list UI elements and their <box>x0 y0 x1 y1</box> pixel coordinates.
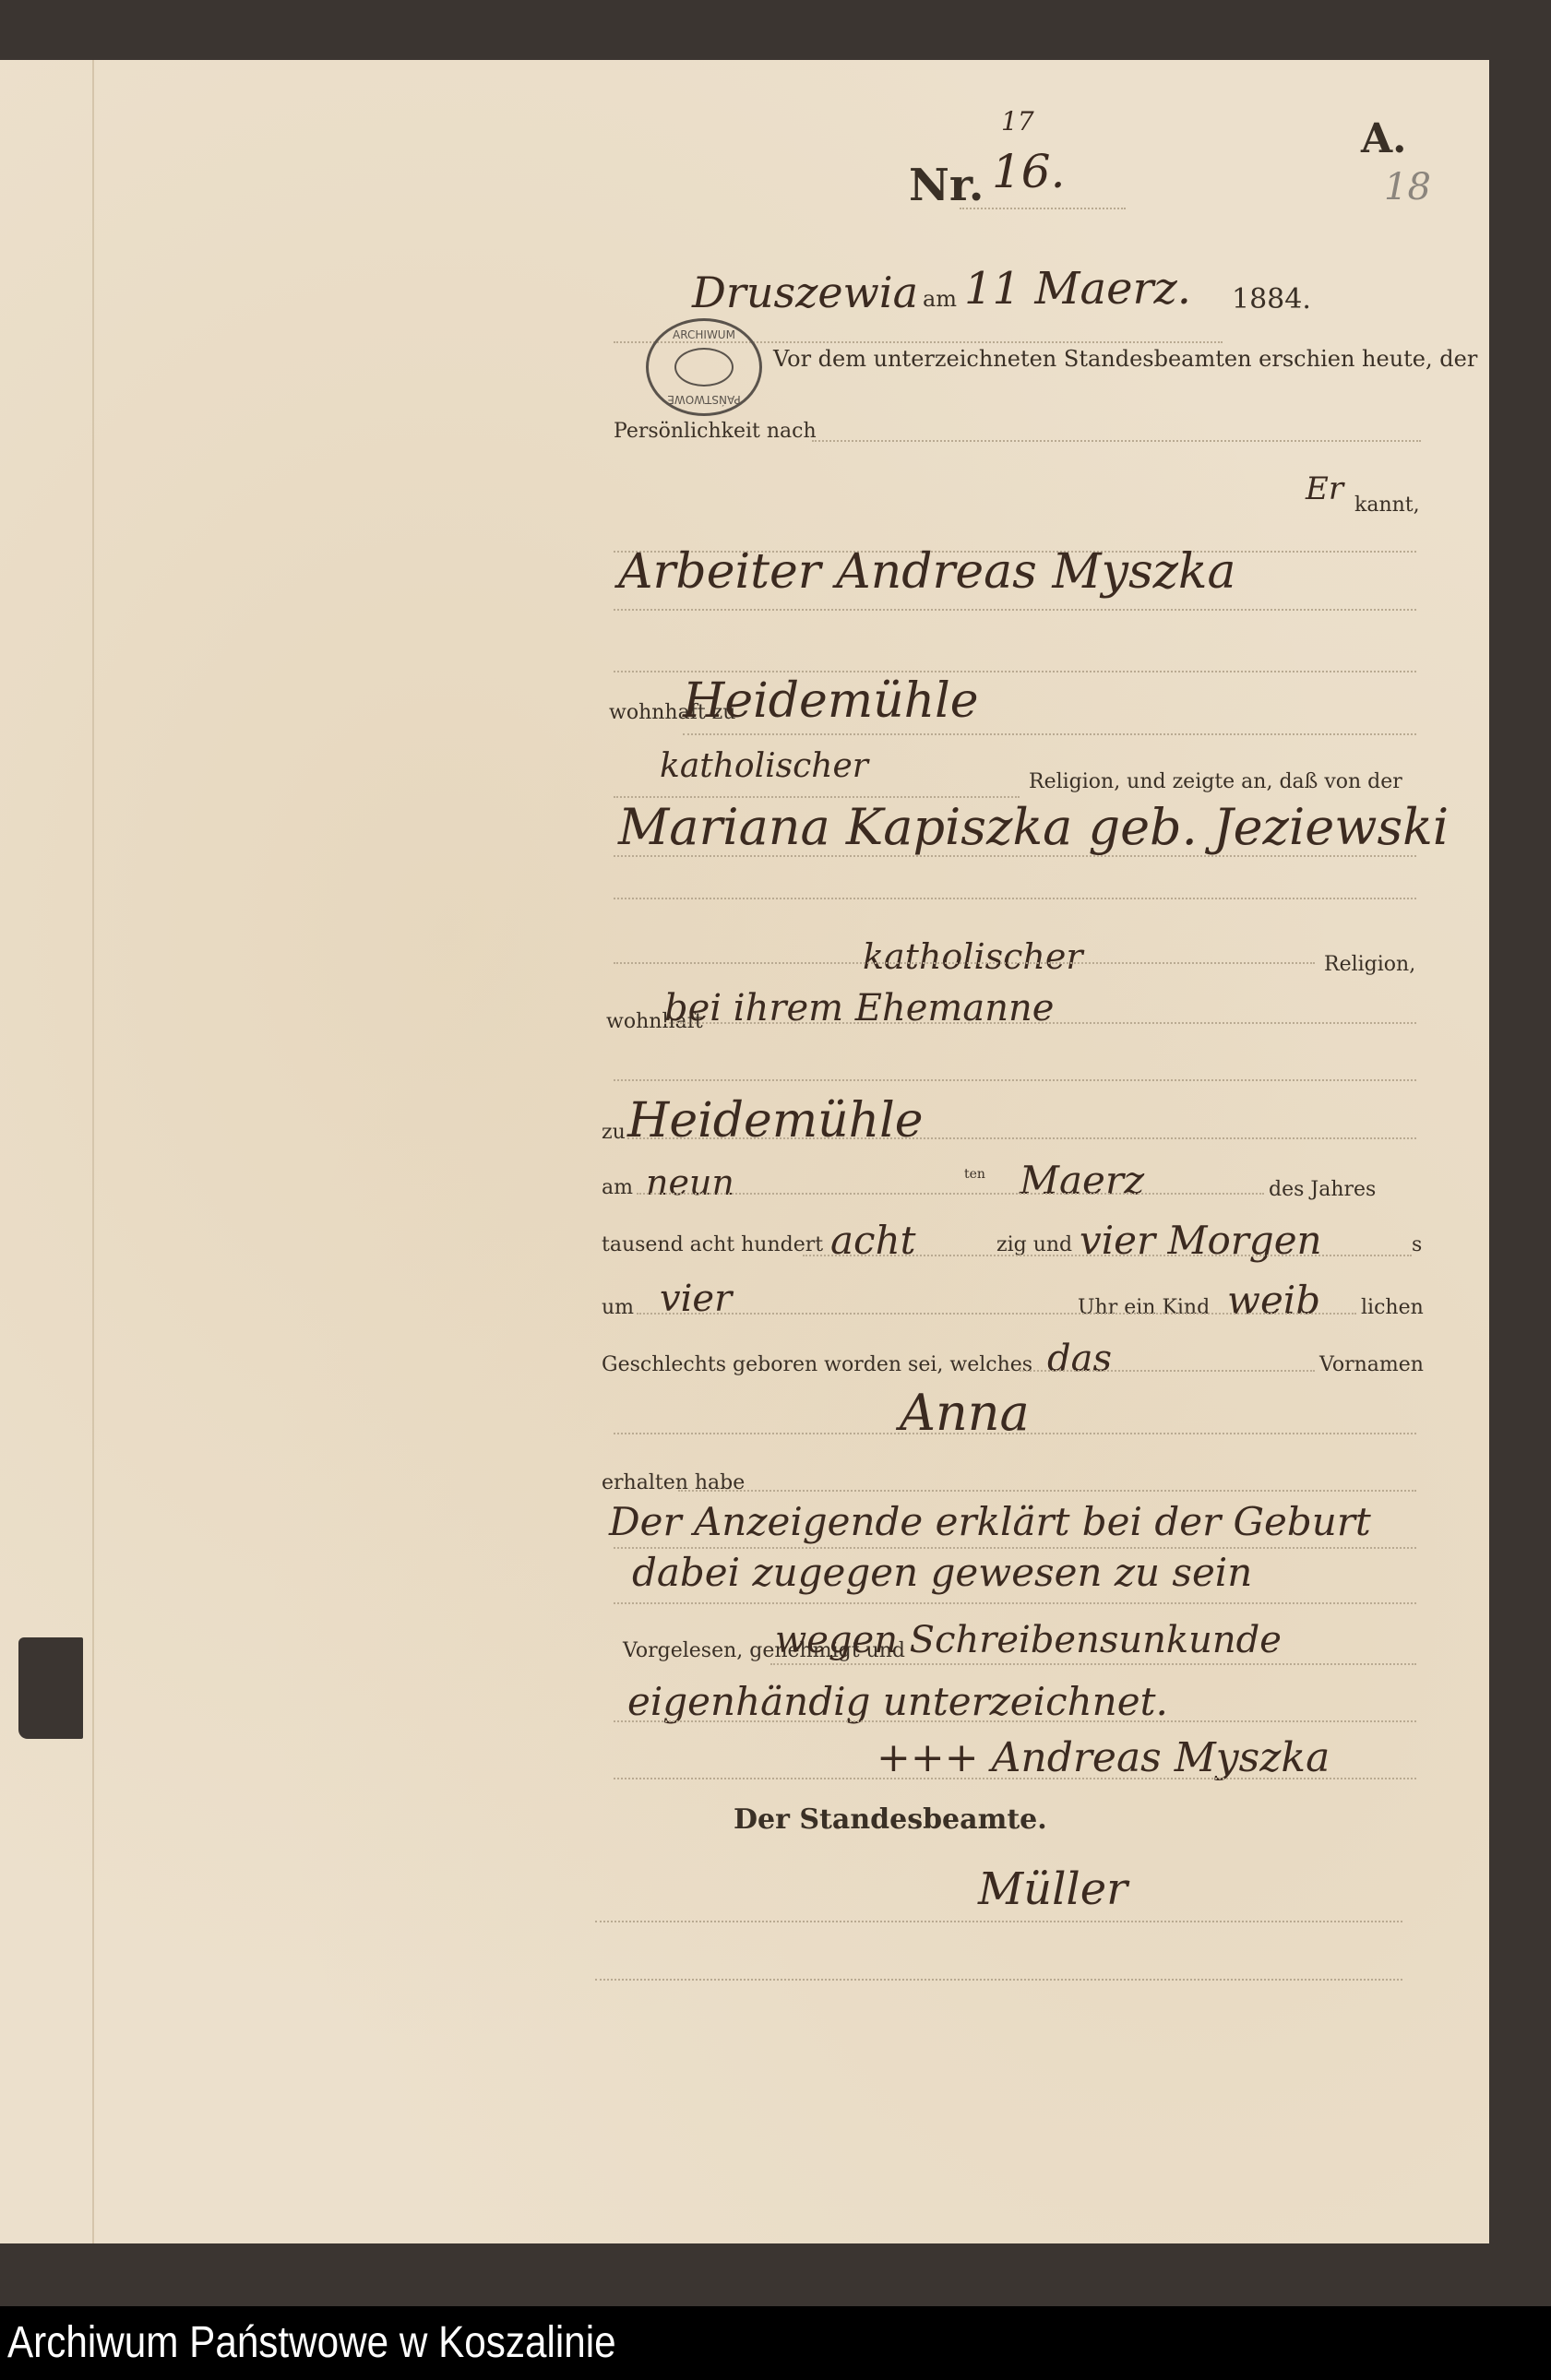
date-connector: am <box>923 286 957 312</box>
line-19 <box>614 1547 1416 1549</box>
line-7 <box>614 855 1416 857</box>
line-25 <box>595 1979 1402 1981</box>
religion1-label: Religion, und zeigte an, daß von der <box>1029 770 1402 793</box>
line-8 <box>614 898 1416 899</box>
intro-text: Vor dem unterzeichneten Standesbeamten e… <box>773 346 1477 372</box>
am-label: am <box>602 1176 633 1199</box>
archive-stamp: ARCHIWUM PAŃSTWOWE <box>646 318 762 416</box>
persoenlichkeit-label: Persönlichkeit nach <box>614 420 817 443</box>
birth-day: neun <box>646 1162 734 1203</box>
ten-label: ten <box>964 1167 985 1182</box>
zig-und-label: zig und <box>996 1233 1072 1256</box>
der-die: das <box>1047 1338 1112 1380</box>
geschlecht-label: Geschlechts geboren worden sei, welches <box>602 1353 1032 1376</box>
line-11 <box>614 1079 1416 1081</box>
archive-page-number: 18 <box>1384 166 1431 208</box>
date-handwritten: 11 Maerz. <box>964 263 1191 315</box>
archive-caption: Archiwum Państwowe w Koszalinie <box>7 2317 616 2368</box>
birth-certificate-form: A. 18 Nr. 16. 17 Druszewia am 11 Maerz. … <box>0 60 1489 2243</box>
mother-name: Mariana Kapiszka geb. Jeziewski <box>618 798 1449 856</box>
um-label: um <box>602 1296 634 1319</box>
remark-line-2: dabei zugegen gewesen zu sein <box>632 1550 1252 1595</box>
record-number-label: Nr. <box>909 160 984 211</box>
line-3 <box>614 609 1416 611</box>
stamp-inner-oval <box>674 348 734 387</box>
line-18 <box>678 1490 1416 1492</box>
zu-label: zu <box>602 1121 626 1144</box>
line-16 <box>1020 1370 1315 1372</box>
registrar-label: Der Standesbeamte. <box>734 1803 1047 1836</box>
line-22 <box>614 1720 1416 1722</box>
document-page: A. 18 Nr. 16. 17 Druszewia am 11 Maerz. … <box>0 60 1489 2243</box>
record-number-corrected: 17 <box>1001 106 1034 137</box>
religion2-label: Religion, <box>1324 953 1415 976</box>
line-17 <box>614 1433 1416 1434</box>
line-23 <box>614 1778 1416 1779</box>
informant-name: Arbeiter Andreas Myszka <box>618 544 1236 600</box>
vorgelesen-value: wegen Schreibensunkunde <box>775 1619 1282 1661</box>
line-21 <box>770 1663 1416 1665</box>
line-1 <box>812 440 1421 442</box>
kannt-label: kannt, <box>1354 494 1420 517</box>
line-12 <box>627 1137 1416 1139</box>
line-24 <box>595 1921 1402 1922</box>
line-9 <box>614 962 1315 964</box>
line-13 <box>637 1193 1264 1195</box>
religion2-value: katholischer <box>863 936 1083 977</box>
place: Druszewia <box>692 268 918 317</box>
signed-line: eigenhändig unterzeichnet. <box>627 1679 1168 1724</box>
residence: Heidemühle <box>683 673 979 729</box>
remark-line-1: Der Anzeigende erklärt bei der Geburt <box>609 1499 1371 1544</box>
uhr-label: Uhr ein Kind <box>1078 1296 1210 1319</box>
des-jahres-label: des Jahres <box>1269 1178 1376 1201</box>
archive-caption-bar: Archiwum Państwowe w Koszalinie <box>0 2306 1551 2380</box>
stamp-top-text: ARCHIWUM <box>649 328 759 341</box>
registrar-signature: Müller <box>978 1863 1127 1915</box>
birth-place: Heidemühle <box>627 1093 924 1148</box>
kannt-prefix: Er <box>1306 470 1343 507</box>
line-20 <box>614 1602 1416 1604</box>
tausend-label: tausend acht hundert <box>602 1233 823 1256</box>
birth-month: Maerz <box>1020 1158 1144 1203</box>
informant-signature: +++ Andreas Myszka <box>877 1734 1330 1781</box>
line-4 <box>614 671 1416 672</box>
lichen-label: lichen <box>1361 1296 1424 1319</box>
religion1-value: katholischer <box>660 747 868 785</box>
line-14 <box>803 1255 1412 1256</box>
vornamen-label: Vornamen <box>1319 1353 1424 1376</box>
record-number: 16. <box>992 145 1066 198</box>
record-number-line <box>960 208 1126 209</box>
year: 1884. <box>1232 283 1311 315</box>
sex: weib <box>1227 1278 1320 1323</box>
line-15 <box>637 1313 1356 1315</box>
s-label: s <box>1412 1233 1422 1256</box>
line-10 <box>664 1022 1416 1024</box>
stamp-bottom-text: PAŃSTWOWE <box>649 393 759 406</box>
form-letter: A. <box>1361 115 1406 162</box>
line-5 <box>683 733 1416 735</box>
